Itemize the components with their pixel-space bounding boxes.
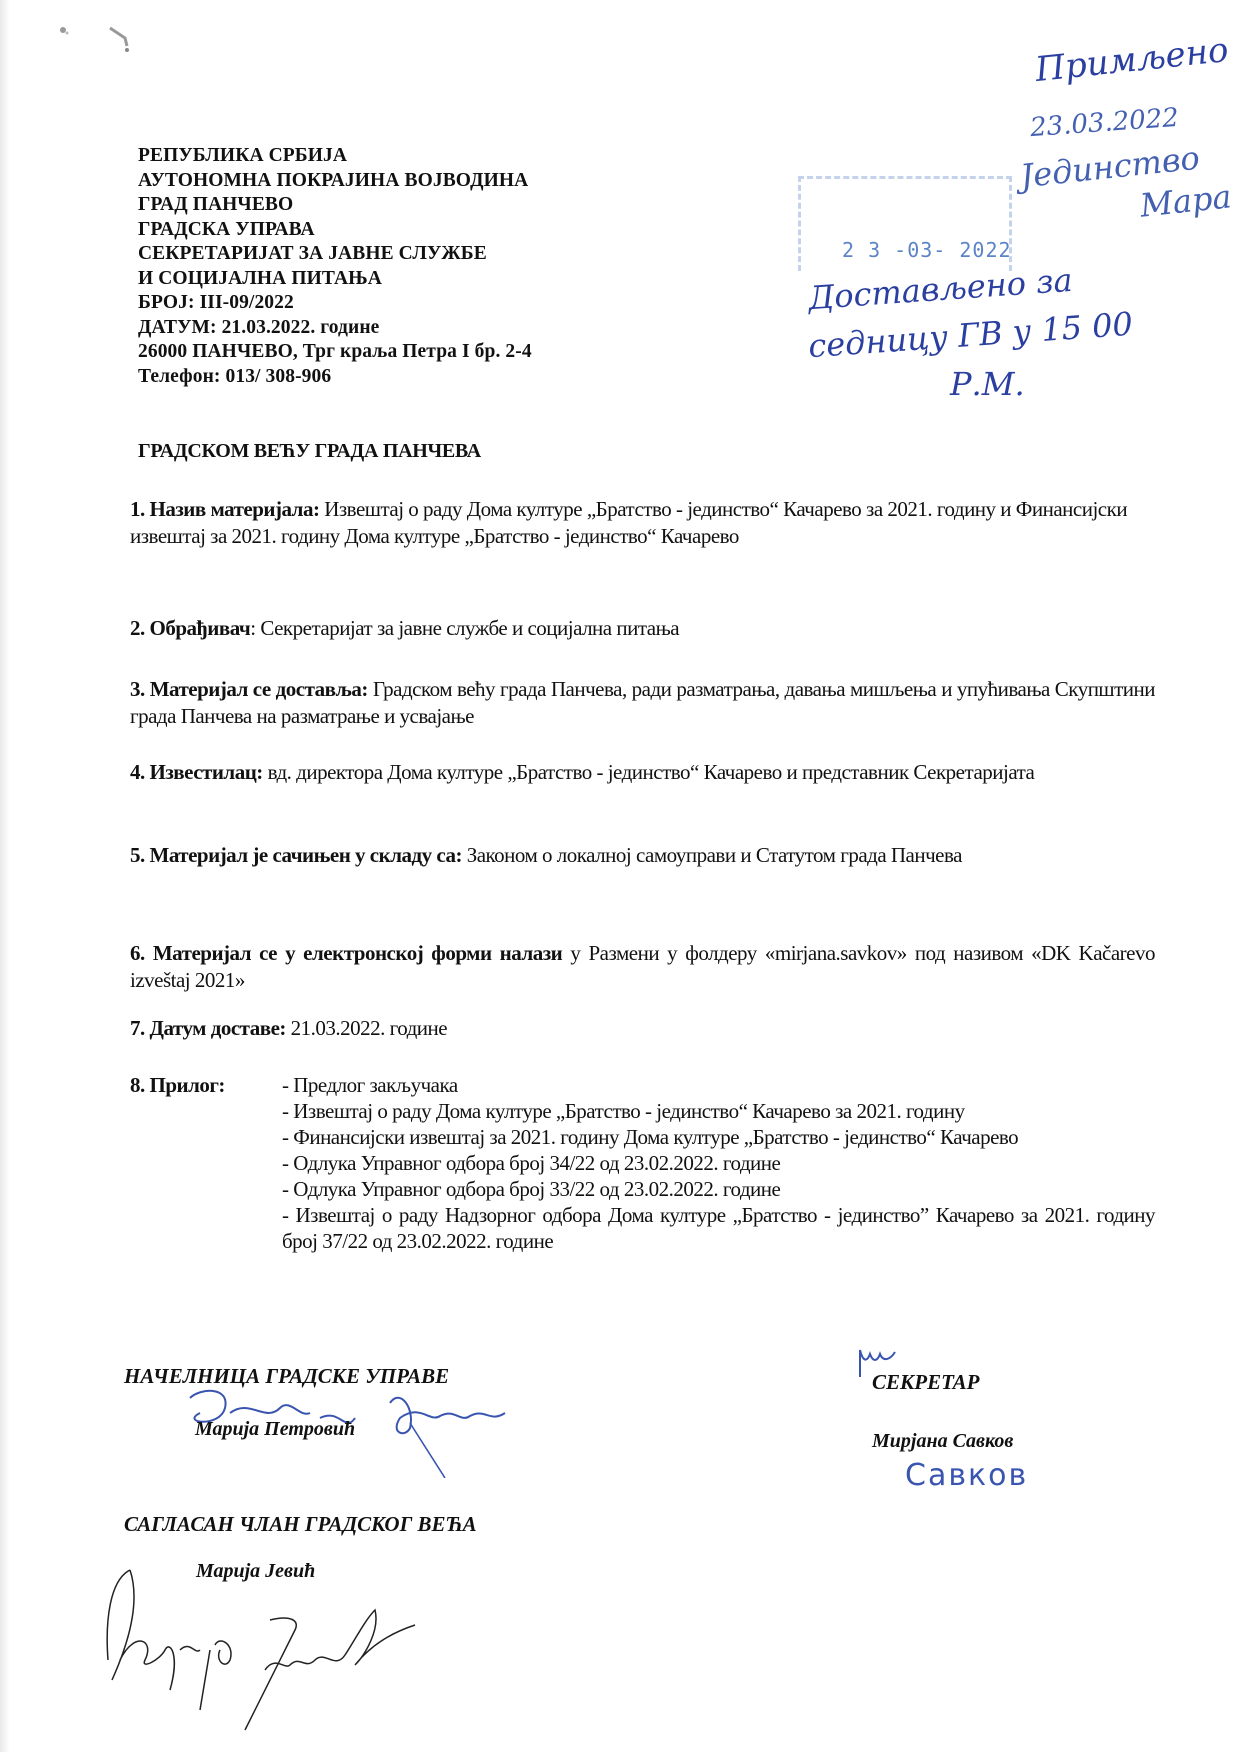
item-label: 5. Материјал је сачињен у складу са: bbox=[130, 843, 462, 867]
header-line-administration: ГРАДСКА УПРАВА bbox=[138, 218, 532, 243]
item-label: 4. Известилац: bbox=[130, 760, 263, 784]
handwritten-received-initials: Мара bbox=[1138, 177, 1233, 224]
item-text: : Секретаријат за јавне службе и социјал… bbox=[250, 616, 679, 640]
item-legal-basis: 5. Материјал је сачињен у складу са: Зак… bbox=[130, 842, 1155, 869]
scan-specks-decoration bbox=[55, 18, 145, 58]
item-label: 2. Обрађивач bbox=[130, 616, 250, 640]
signature-name-secretary: Мирјана Савков bbox=[872, 1430, 1013, 1453]
item-label: 6. Материјал се у електронској форми нал… bbox=[130, 941, 562, 965]
header-line-secretariat: СЕКРЕТАРИЈАТ ЗА ЈАВНЕ СЛУЖБЕ bbox=[138, 242, 532, 267]
item-material-title: 1. Назив материјала: Извештај о раду Дом… bbox=[130, 496, 1155, 550]
attachment-item: - Извештај о раду Дома културе „Братство… bbox=[282, 1098, 1155, 1124]
header-line-number: БРОЈ: III-09/2022 bbox=[138, 291, 532, 316]
signature-title-secretary: СЕКРЕТАР bbox=[872, 1370, 979, 1395]
signature-title-council-member: САГЛАСАН ЧЛАН ГРАДСКОГ ВЕЋА bbox=[124, 1512, 477, 1537]
attachment-item: - Одлука Управног одбора број 33/22 од 2… bbox=[282, 1176, 1155, 1202]
document-page: РЕПУБЛИКА СРБИЈА АУТОНОМНА ПОКРАЈИНА ВОЈ… bbox=[0, 0, 1240, 1752]
item-text: Законом о локалној самоуправи и Статутом… bbox=[462, 843, 962, 867]
item-label: 3. Материјал се доставља: bbox=[130, 677, 368, 701]
item-reporter: 4. Известилац: вд. директора Дома култур… bbox=[130, 759, 1155, 786]
header-line-republic: РЕПУБЛИКА СРБИЈА bbox=[138, 144, 532, 169]
recipient: ГРАДСКОМ ВЕЋУ ГРАДА ПАНЧЕВА bbox=[138, 440, 481, 463]
header-line-province: АУТОНОМНА ПОКРАЈИНА ВОЈВОДИНА bbox=[138, 169, 532, 194]
header-line-date: ДАТУМ: 21.03.2022. године bbox=[138, 316, 532, 341]
scan-edge bbox=[0, 0, 10, 1752]
handwritten-received-date: 23.03.2022 bbox=[1029, 103, 1180, 143]
header-line-city: ГРАД ПАНЧЕВО bbox=[138, 193, 532, 218]
attachments-list: - Предлог закључака - Извештај о раду До… bbox=[282, 1072, 1155, 1254]
attachments-label: 8. Прилог: bbox=[130, 1072, 225, 1098]
signature-name-head: Марија Петровић bbox=[195, 1418, 355, 1441]
header-line-address: 26000 ПАНЧЕВО, Трг краља Петра I бр. 2-4 bbox=[138, 340, 532, 365]
item-label: 1. Назив материјала: bbox=[130, 497, 319, 521]
signature-secretary-handwritten: Савков bbox=[905, 1458, 1028, 1493]
handwritten-received: Примљено bbox=[1033, 30, 1230, 90]
header-line-secretariat-cont: И СОЦИЈАЛНА ПИТАЊА bbox=[138, 267, 532, 292]
item-delivered-to: 3. Материјал се доставља: Градском већу … bbox=[130, 676, 1155, 730]
stamp-date: 2 3 -03- 2022 bbox=[842, 238, 1012, 262]
sender-header: РЕПУБЛИКА СРБИЈА АУТОНОМНА ПОКРАЈИНА ВОЈ… bbox=[138, 144, 532, 389]
item-text: 21.03.2022. године bbox=[286, 1016, 447, 1040]
item-label: 7. Датум доставе: bbox=[130, 1016, 286, 1040]
signature-council-member-handwritten bbox=[100, 1560, 440, 1740]
item-text: вд. директора Дома културе „Братство - ј… bbox=[263, 760, 1035, 784]
item-delivery-date: 7. Датум доставе: 21.03.2022. године bbox=[130, 1015, 1155, 1042]
item-electronic-location: 6. Материјал се у електронској форми нал… bbox=[130, 940, 1155, 994]
header-line-phone: Телефон: 013/ 308-906 bbox=[138, 365, 532, 390]
attachment-item: - Финансијски извештај за 2021. годину Д… bbox=[282, 1124, 1155, 1150]
handwritten-delivery-initials: Р.М. bbox=[950, 365, 1025, 403]
item-processor: 2. Обрађивач: Секретаријат за јавне служ… bbox=[130, 615, 1155, 642]
attachment-item: - Предлог закључака bbox=[282, 1072, 1155, 1098]
attachment-item: - Извештај о раду Надзорног одбора Дома … bbox=[282, 1202, 1155, 1254]
attachment-item: - Одлука Управног одбора број 34/22 од 2… bbox=[282, 1150, 1155, 1176]
